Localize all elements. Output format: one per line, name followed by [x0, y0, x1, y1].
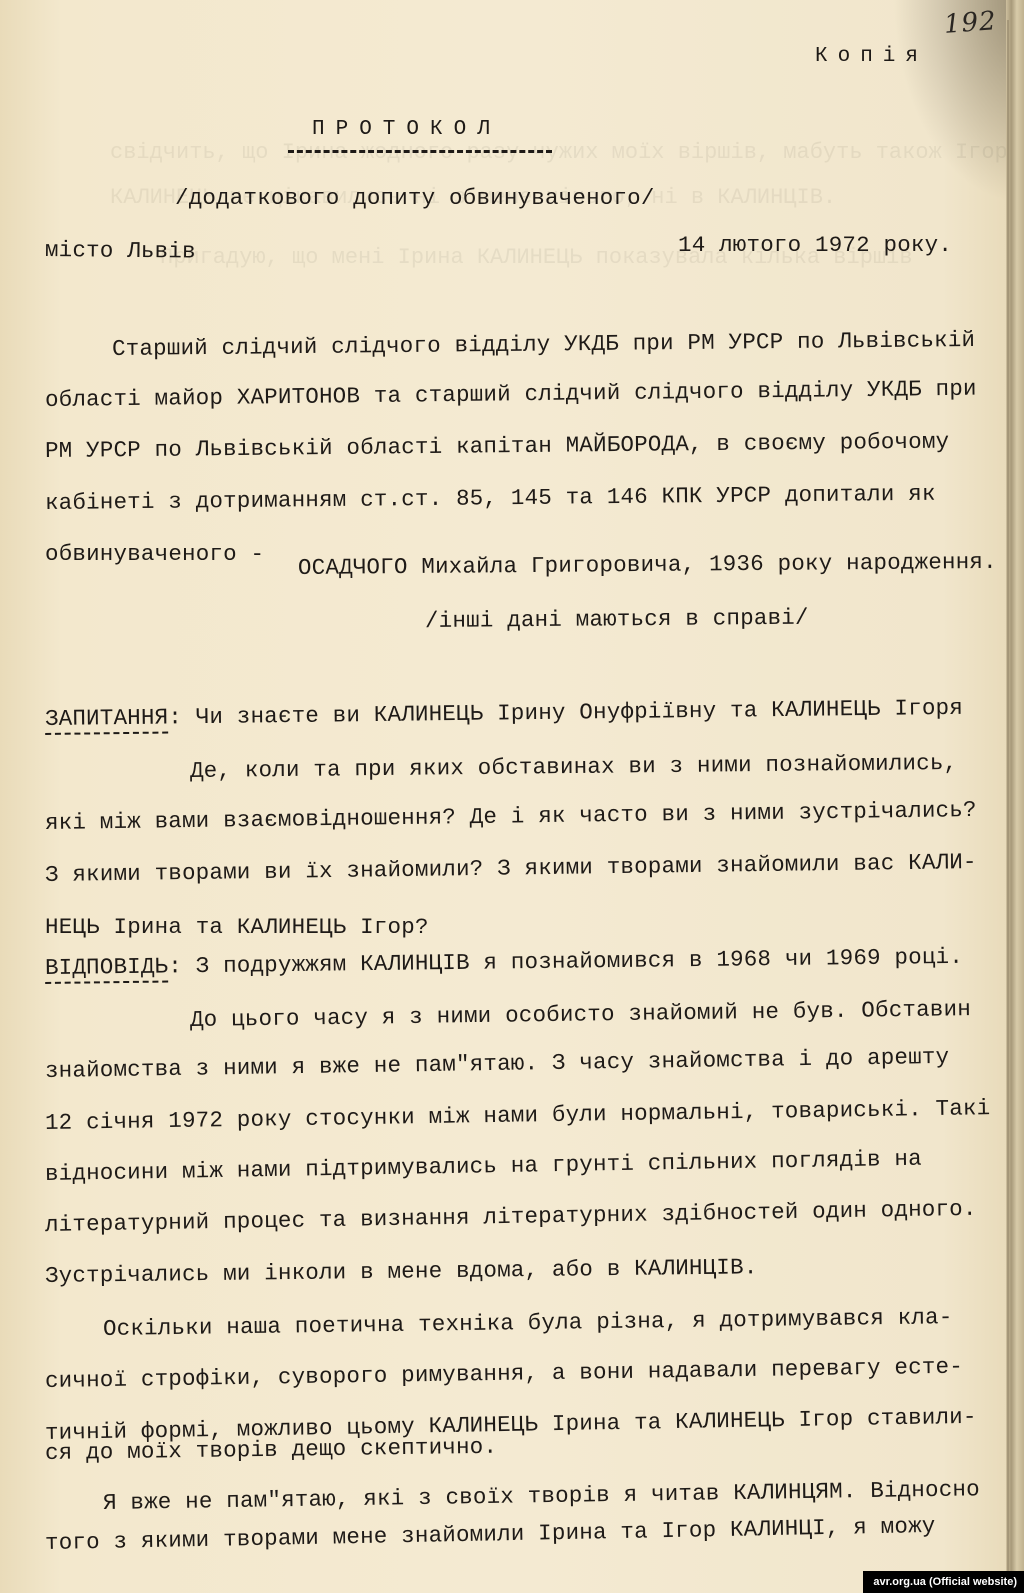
bleed-through-text: свідчить, що Ірина жодного разу чужих мо… [110, 140, 1008, 165]
answer-line: сичної строфіки, суворого римування, а в… [45, 1354, 963, 1394]
intro-line: обвинуваченого - [45, 541, 264, 567]
answer-label: ВІДПОВІДЬ [45, 953, 169, 984]
intro-line: кабінеті з дотриманням ст.ст. 85, 145 та… [45, 481, 936, 516]
answer-line: 12 січня 1972 року стосунки між нами бул… [45, 1095, 991, 1136]
answer-line: До цього часу я з ними особисто знайомий… [190, 996, 971, 1033]
answer-line: ВІДПОВІДЬ: З подружжям КАЛИНЦІВ я познай… [45, 944, 963, 981]
answer-line: Я вже не пам"ятаю, які з своїх творів я … [103, 1476, 980, 1516]
question-line: які між вами взаємовідношення? Де і як ч… [45, 797, 977, 836]
answer-line: Зустрічались ми інколи в мене вдома, або… [45, 1254, 758, 1289]
folio-number: 192 [943, 6, 998, 40]
document-page: свідчить, що Ірина жодного разу чужих мо… [0, 0, 1024, 1593]
place-label: місто Львів [45, 237, 196, 265]
question-line: ЗАПИТАННЯ: Чи знаєте ви КАЛИНЕЦЬ Ірину О… [45, 695, 963, 732]
accused-line: ОСАДЧОГО Михайла Григоровича, 1936 року … [298, 549, 997, 581]
answer-text: : З подружжям КАЛИНЦІВ я познайомився в … [168, 944, 963, 980]
question-line: Де, коли та при яких обставинах ви з ним… [190, 750, 958, 784]
title-underline [288, 150, 552, 153]
answer-line: літературний процес та визнання літерату… [45, 1196, 977, 1238]
answer-line: того з якими творами мене знайомили Ірин… [45, 1513, 936, 1556]
question-label: ЗАПИТАННЯ [45, 704, 169, 735]
intro-line: РМ УРСР по Львівській області капітан МА… [45, 429, 950, 464]
source-watermark: avr.org.ua (Official website) [863, 1571, 1024, 1593]
answer-line: Оскільки наша поетична техніка була різн… [103, 1304, 953, 1342]
intro-line: області майор ХАРИТОНОВ та старший слідч… [45, 376, 977, 413]
document-subtitle: /додаткового допиту обвинуваченого/ [175, 185, 655, 211]
intro-line: Старший слідчий слідчого відділу УКДБ пр… [112, 327, 975, 362]
answer-line: знайомства з ними я вже не пам"ятаю. З ч… [45, 1044, 950, 1084]
answer-line: ся до моїх творів дещо скептично. [45, 1434, 498, 1466]
answer-line: відносини між нами підтримувались на гру… [45, 1146, 922, 1187]
other-data-note: /інші дані маються в справі/ [425, 605, 809, 634]
question-line: НЕЦЬ Ірина та КАЛИНЕЦЬ Ігор? [45, 914, 429, 940]
copy-mark: Копія [815, 45, 928, 68]
question-text: : Чи знаєте ви КАЛИНЕЦЬ Ірину Онуфріївну… [168, 695, 963, 731]
document-title: ПРОТОКОЛ [312, 118, 501, 141]
binding-line [1007, 20, 1009, 1580]
question-line: З якими творами ви їх знайомили? З якими… [45, 849, 977, 888]
document-date: 14 лютого 1972 року. [678, 232, 952, 258]
